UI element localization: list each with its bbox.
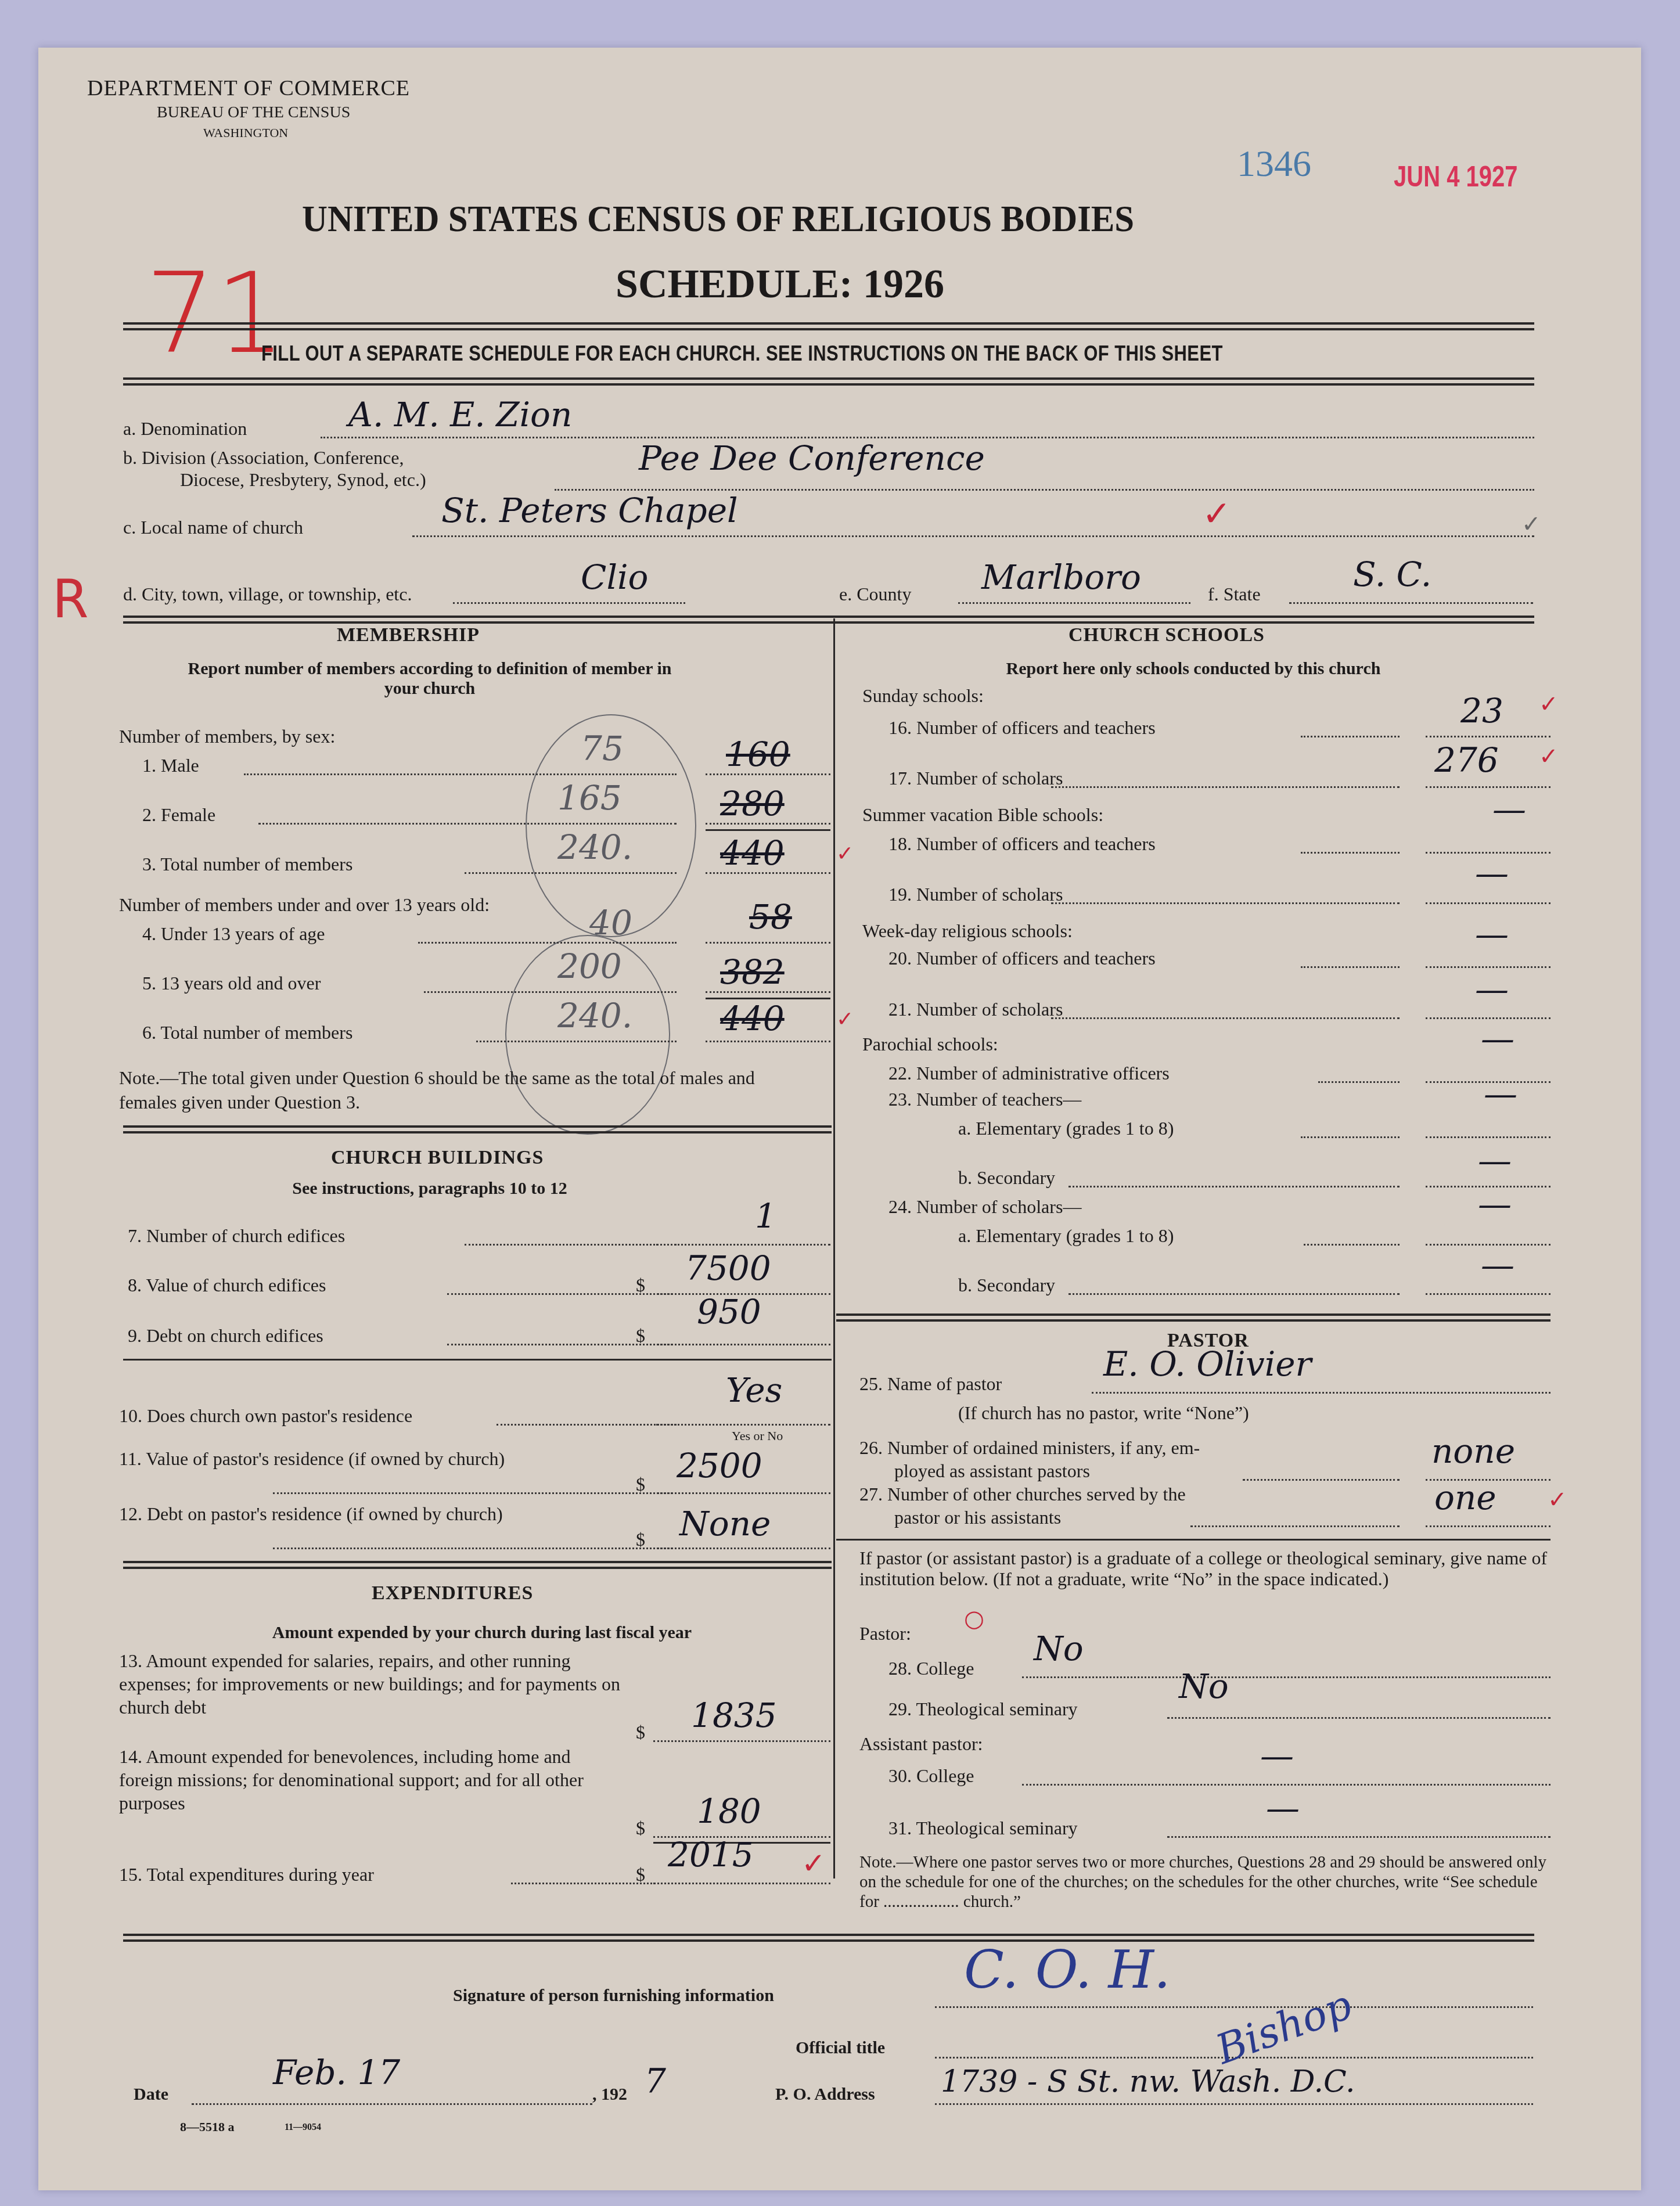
- q29-field[interactable]: No: [1179, 1667, 1229, 1706]
- dotted-line: [656, 1244, 830, 1246]
- dollar-sign: $: [636, 1474, 645, 1495]
- expenditures-heading: EXPENDITURES: [372, 1582, 533, 1604]
- dotted-line: [1301, 1136, 1400, 1138]
- 13-and-over-field[interactable]: 382: [720, 952, 785, 992]
- under-13-field[interactable]: 58: [749, 897, 792, 937]
- divider: [836, 1313, 1551, 1316]
- residence-value-field[interactable]: 2500: [677, 1446, 762, 1485]
- running-expenses-field[interactable]: 1835: [691, 1696, 777, 1735]
- dollar-sign: $: [636, 1529, 645, 1550]
- dollar-sign: $: [636, 1722, 645, 1743]
- male-label: 1. Male: [142, 755, 199, 776]
- dotted-line: [1426, 736, 1551, 737]
- dotted-line: [653, 1740, 830, 1742]
- received-date-stamp: JUN 4 1927: [1394, 160, 1517, 193]
- pastor-name-label: 25. Name of pastor: [859, 1373, 1002, 1395]
- dotted-line: [273, 1492, 677, 1494]
- running-expenses-label: 13. Amount expended for salaries, repair…: [119, 1649, 624, 1719]
- dotted-line: [258, 823, 677, 825]
- total-members-by-age-pencil-value: 240.: [557, 996, 632, 1035]
- dotted-line: [192, 2103, 592, 2105]
- bureau-city: WASHINGTON: [203, 125, 288, 141]
- female-pencil-value: 165: [557, 778, 622, 818]
- pastor-name-field[interactable]: E. O. Olivier: [1103, 1344, 1311, 1384]
- church-buildings-subheading: See instructions, paragraphs 10 to 12: [168, 1179, 691, 1199]
- q24b-label: b. Secondary: [958, 1275, 1055, 1296]
- male-pencil-value: 75: [581, 729, 624, 768]
- red-check-mark-icon: ✓: [801, 1847, 826, 1880]
- dotted-line: [424, 991, 677, 993]
- dotted-line: [1022, 1676, 1551, 1678]
- dotted-line: [1051, 786, 1400, 788]
- edifices-value-field[interactable]: 7500: [685, 1248, 771, 1288]
- print-code: 11—9054: [285, 2122, 321, 2133]
- divider: [123, 616, 1534, 618]
- instruction-banner: FILL OUT A SEPARATE SCHEDULE FOR EACH CH…: [261, 341, 1223, 366]
- divider: [123, 1561, 832, 1563]
- summer-schools-label: Summer vacation Bible schools:: [862, 804, 1103, 826]
- q24a-label: a. Elementary (grades 1 to 8): [958, 1225, 1174, 1247]
- red-check-mark-icon: ✓: [836, 842, 854, 866]
- red-check-mark-icon: ✓: [1539, 743, 1559, 770]
- division-label-2: Diocese, Presbytery, Synod, etc.): [180, 469, 426, 491]
- q23b-label: b. Secondary: [958, 1167, 1055, 1189]
- dotted-line: [244, 773, 677, 775]
- received-number-stamp: 1346: [1237, 142, 1311, 185]
- dotted-line: [706, 1041, 830, 1042]
- dotted-line: [1022, 1784, 1551, 1786]
- po-address-label: P. O. Address: [775, 2085, 875, 2104]
- dotted-line: [273, 1548, 677, 1549]
- red-check-mark-icon: ✓: [836, 1007, 854, 1031]
- signature-label: Signature of person furnishing informati…: [453, 1986, 774, 2006]
- total-members-by-age-field[interactable]: 440: [720, 999, 785, 1038]
- red-check-mark-icon: ✓: [1202, 494, 1231, 534]
- q20-field[interactable]: —: [1475, 915, 1509, 954]
- under-13-label: 4. Under 13 years of age: [142, 923, 325, 945]
- form-schedule-year: SCHEDULE: 1926: [616, 261, 944, 308]
- signature-field[interactable]: C. O. H.: [964, 1939, 1171, 2000]
- q23a-field[interactable]: —: [1484, 1074, 1517, 1114]
- dotted-line: [1167, 1717, 1551, 1719]
- dotted-line: [476, 1041, 677, 1042]
- dotted-line: [653, 1492, 830, 1494]
- q24a-field[interactable]: —: [1478, 1185, 1512, 1224]
- dotted-line: [1167, 1836, 1551, 1838]
- divider: [123, 377, 1534, 380]
- q21-field[interactable]: —: [1475, 970, 1509, 1009]
- membership-heading: MEMBERSHIP: [337, 624, 480, 646]
- county-field[interactable]: Marlboro: [981, 557, 1141, 597]
- sum-line: [706, 829, 830, 831]
- division-field[interactable]: Pee Dee Conference: [639, 438, 985, 478]
- pencil-check-mark-icon: ✓: [1521, 511, 1541, 538]
- q23a-label: a. Elementary (grades 1 to 8): [958, 1118, 1174, 1139]
- dotted-line: [1092, 1392, 1551, 1394]
- pastor-education-label: Pastor:: [859, 1623, 911, 1644]
- church-schools-subheading: Report here only schools conducted by th…: [859, 659, 1527, 679]
- q17-label: 17. Number of scholars: [888, 768, 1063, 789]
- q24-label: 24. Number of scholars—: [888, 1196, 1081, 1218]
- dotted-line: [935, 2006, 1533, 2008]
- dollar-sign: $: [636, 1818, 645, 1839]
- dotted-line: [497, 1424, 677, 1426]
- official-title-label: Official title: [796, 2038, 885, 2058]
- dotted-line: [1426, 786, 1551, 788]
- dotted-line: [1426, 966, 1551, 968]
- city-label: d. City, town, village, or township, etc…: [123, 584, 412, 605]
- church-name-label: c. Local name of church: [123, 517, 303, 538]
- q29-label: 29. Theological seminary: [888, 1698, 1078, 1720]
- 13-and-over-label: 5. 13 years old and over: [142, 973, 321, 994]
- parochial-schools-label: Parochial schools:: [862, 1034, 998, 1055]
- total-expenditures-field[interactable]: 2015: [668, 1835, 754, 1874]
- dotted-line: [958, 602, 1190, 604]
- q24b-field[interactable]: —: [1481, 1246, 1514, 1285]
- dotted-line: [1426, 1293, 1551, 1295]
- dotted-line: [465, 872, 677, 874]
- expenditures-subheading: Amount expended by your church during la…: [134, 1623, 830, 1643]
- q22-field[interactable]: —: [1481, 1019, 1514, 1059]
- benevolences-label: 14. Amount expended for benevolences, in…: [119, 1745, 624, 1815]
- dotted-line: [511, 1883, 677, 1884]
- red-check-mark-icon: ✓: [1539, 691, 1559, 718]
- dotted-line: [1426, 1136, 1551, 1138]
- pastor-name-hint: (If church has no pastor, write “None”): [958, 1402, 1249, 1424]
- q23-label: 23. Number of teachers—: [888, 1089, 1081, 1110]
- dotted-line: [935, 2103, 1533, 2105]
- q28-label: 28. College: [888, 1658, 974, 1679]
- assistant-ministers-label-2: ployed as assistant pastors: [894, 1460, 1090, 1482]
- church-buildings-heading: CHURCH BUILDINGS: [331, 1147, 544, 1169]
- date-year-field[interactable]: 7: [645, 2061, 666, 2101]
- divider: [123, 1359, 832, 1361]
- edifices-debt-label: 9. Debt on church edifices: [128, 1325, 323, 1347]
- q21-label: 21. Number of scholars: [888, 999, 1063, 1020]
- sunday-schools-label: Sunday schools:: [862, 685, 984, 707]
- dollar-sign: $: [636, 1325, 645, 1347]
- other-churches-field[interactable]: one: [1434, 1478, 1496, 1517]
- dotted-line: [1051, 1017, 1400, 1019]
- dotted-line: [465, 1244, 677, 1246]
- edifices-debt-field[interactable]: 950: [697, 1292, 761, 1331]
- q20-label: 20. Number of officers and teachers: [888, 948, 1156, 969]
- department-name: DEPARTMENT OF COMMERCE: [87, 75, 410, 101]
- form-title: UNITED STATES CENSUS OF RELIGIOUS BODIES: [302, 197, 1134, 240]
- q31-label: 31. Theological seminary: [888, 1818, 1078, 1839]
- date-year-prefix: , 192: [592, 2085, 627, 2104]
- dotted-line: [1304, 1244, 1400, 1246]
- dotted-line: [1301, 852, 1400, 854]
- total-expenditures-label: 15. Total expenditures during year: [119, 1864, 374, 1885]
- column-divider: [833, 618, 835, 1878]
- q18-label: 18. Number of officers and teachers: [888, 833, 1156, 855]
- bureau-name: BUREAU OF THE CENSUS: [157, 103, 350, 122]
- dotted-line: [1301, 966, 1400, 968]
- denomination-label: a. Denomination: [123, 418, 247, 440]
- female-field[interactable]: 280: [720, 784, 785, 823]
- dollar-sign: $: [636, 1275, 645, 1296]
- dotted-line: [706, 942, 830, 944]
- q17-field[interactable]: 276: [1434, 740, 1499, 780]
- form-number: 8—5518 a: [180, 2119, 235, 2135]
- dotted-line: [1051, 902, 1400, 904]
- total-members-field[interactable]: 440: [720, 833, 785, 873]
- assistant-education-label: Assistant pastor:: [859, 1733, 983, 1755]
- residence-debt-field[interactable]: None: [679, 1504, 771, 1543]
- q19-field[interactable]: —: [1475, 854, 1509, 893]
- dotted-line: [653, 1883, 830, 1884]
- q28-field[interactable]: No: [1034, 1629, 1084, 1668]
- total-members-by-age-label: 6. Total number of members: [142, 1022, 352, 1043]
- assistant-ministers-label-1: 26. Number of ordained ministers, if any…: [859, 1437, 1200, 1459]
- weekday-schools-label: Week-day religious schools:: [862, 920, 1073, 942]
- dotted-line: [1069, 1293, 1400, 1295]
- other-churches-label-1: 27. Number of other churches served by t…: [859, 1484, 1186, 1505]
- dotted-line: [653, 1344, 830, 1345]
- date-field[interactable]: Feb. 17: [273, 2053, 400, 2092]
- dotted-line: [1318, 1081, 1400, 1083]
- edifices-count-label: 7. Number of church edifices: [128, 1225, 345, 1247]
- residence-value-label: 11. Value of pastor's residence (if owne…: [119, 1446, 618, 1471]
- county-label: e. County: [839, 584, 911, 605]
- q30-label: 30. College: [888, 1765, 974, 1787]
- dotted-line: [418, 942, 677, 944]
- dotted-line: [1301, 736, 1400, 737]
- red-circle-mark-icon: ○: [964, 1606, 984, 1632]
- dotted-line: [1243, 1479, 1400, 1481]
- divider: [123, 1125, 832, 1128]
- divider: [123, 322, 1534, 325]
- membership-subheading: Report number of members according to de…: [168, 659, 691, 699]
- city-field[interactable]: Clio: [581, 557, 648, 597]
- dotted-line: [1426, 1525, 1551, 1527]
- yes-or-no-hint: Yes or No: [732, 1428, 783, 1444]
- benevolences-field[interactable]: 180: [697, 1791, 761, 1831]
- church-name-field[interactable]: St. Peters Chapel: [441, 491, 738, 530]
- owns-residence-label: 10. Does church own pastor's residence: [119, 1405, 412, 1427]
- denomination-field[interactable]: A. M. E. Zion: [348, 395, 572, 434]
- dotted-line: [412, 535, 1534, 537]
- q19-label: 19. Number of scholars: [888, 884, 1063, 905]
- margin-letter-mark: R: [52, 569, 89, 630]
- other-churches-label-2: pastor or his assistants: [894, 1507, 1061, 1528]
- total-members-label: 3. Total number of members: [142, 854, 352, 875]
- dotted-line: [453, 602, 685, 604]
- church-schools-heading: CHURCH SCHOOLS: [1069, 624, 1265, 646]
- male-field[interactable]: 160: [726, 735, 790, 774]
- dollar-sign: $: [636, 1864, 645, 1885]
- residence-debt-label: 12. Debt on pastor's residence (if owned…: [119, 1501, 618, 1527]
- date-label: Date: [134, 2085, 168, 2104]
- q22-label: 22. Number of administrative officers: [888, 1063, 1170, 1084]
- pastor-note: Note.—Where one pastor serves two or mor…: [859, 1852, 1551, 1912]
- total-members-pencil-value: 240.: [557, 827, 632, 867]
- q16-field[interactable]: 23: [1460, 691, 1503, 730]
- state-field[interactable]: S. C.: [1353, 555, 1431, 594]
- under-13-pencil-value: 40: [589, 903, 632, 942]
- membership-note: Note.—The total given under Question 6 s…: [119, 1066, 816, 1114]
- state-label: f. State: [1208, 584, 1261, 605]
- red-check-mark-icon: ✓: [1548, 1487, 1567, 1513]
- po-address-field[interactable]: 1739 - S St. nw. Wash. D.C.: [941, 2064, 1355, 2099]
- members-by-sex-label: Number of members, by sex:: [119, 726, 335, 747]
- dotted-line: [653, 1548, 830, 1549]
- divider: [123, 1934, 1534, 1936]
- divider: [836, 1539, 1551, 1541]
- dotted-line: [1069, 1186, 1400, 1187]
- members-by-age-label: Number of members under and over 13 year…: [119, 894, 490, 916]
- division-label-1: b. Division (Association, Conference,: [123, 447, 404, 469]
- 13-and-over-pencil-value: 200: [557, 947, 622, 986]
- dotted-line: [1426, 902, 1551, 904]
- edifices-value-label: 8. Value of church edifices: [128, 1275, 326, 1296]
- dotted-line: [1190, 1525, 1400, 1527]
- graduate-instructions: If pastor (or assistant pastor) is a gra…: [859, 1548, 1551, 1589]
- assistant-ministers-field[interactable]: none: [1431, 1431, 1515, 1471]
- dotted-line: [1289, 602, 1533, 604]
- q23b-field[interactable]: —: [1478, 1141, 1512, 1181]
- edifices-count-field[interactable]: 1: [755, 1196, 776, 1236]
- q30-field[interactable]: —: [1260, 1736, 1294, 1776]
- female-label: 2. Female: [142, 804, 215, 826]
- q16-label: 16. Number of officers and teachers: [888, 717, 1156, 739]
- dotted-line: [656, 1424, 830, 1426]
- owns-residence-field[interactable]: Yes: [726, 1370, 782, 1410]
- q31-field[interactable]: —: [1266, 1788, 1300, 1828]
